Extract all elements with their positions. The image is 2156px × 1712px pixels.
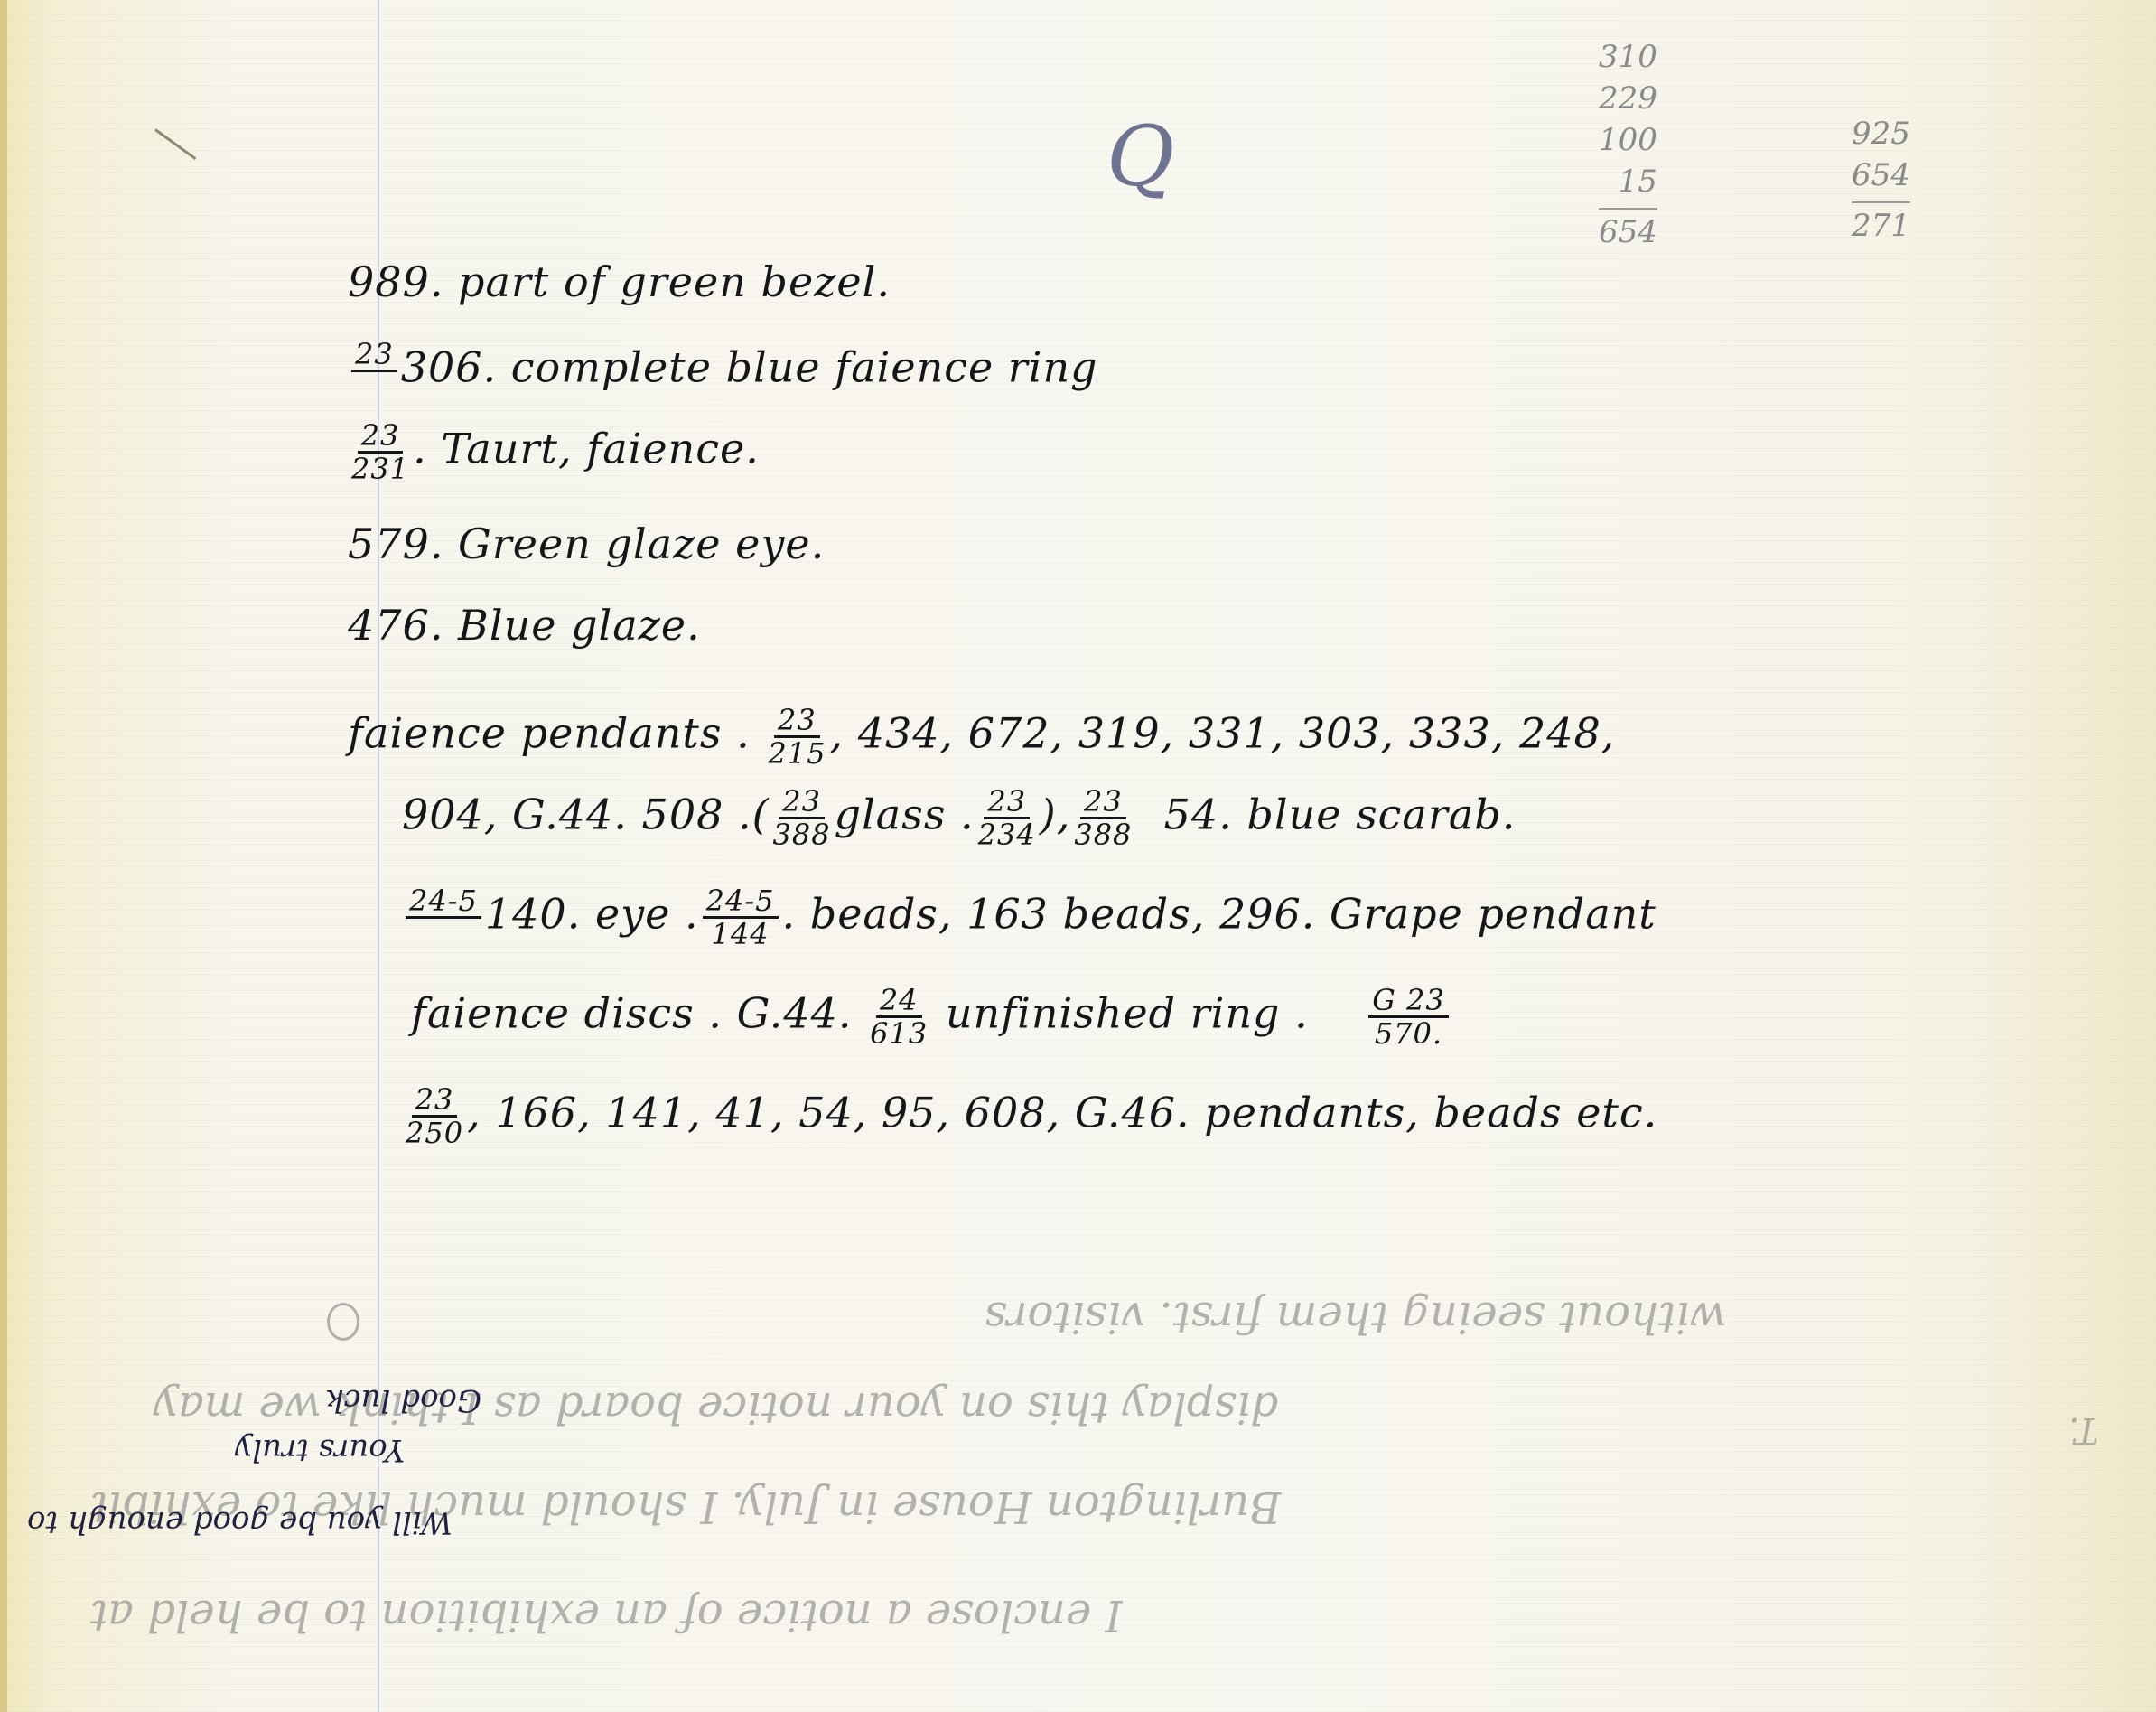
paper-crease — [154, 128, 196, 160]
bleed-through-ink: Will you be good enough to — [27, 1504, 453, 1540]
fraction-bottom — [369, 372, 379, 403]
fraction-top: 23 — [351, 339, 397, 372]
pendants-line-2: 904, G.44. 508 .(23388glass .23234),2338… — [402, 786, 1516, 850]
fraction: G 23570. — [1368, 985, 1448, 1049]
fraction-top: G 23 — [1368, 985, 1448, 1018]
eye-beads-line: 24-5 140. eye .24-5144. beads, 163 beads… — [402, 885, 1657, 950]
fraction-bottom: 250 — [406, 1118, 463, 1148]
final-numbers-line: 23250, 166, 141, 41, 54, 95, 608, G.46. … — [402, 1084, 1657, 1148]
entry-number: 989 — [348, 257, 430, 306]
fraction: 24-5144 — [703, 885, 779, 950]
fraction-top: 24-5 — [703, 885, 779, 919]
scarab-text: 54. blue scarab. — [1164, 791, 1517, 839]
fraction-bottom: 570. — [1375, 1018, 1442, 1049]
entry-text: . Taurt, faience. — [413, 425, 760, 473]
sum-addend: 310 — [1599, 36, 1657, 78]
entry-number: 306 — [401, 343, 483, 392]
fraction-top: 23 — [1080, 786, 1126, 819]
entry-579: 579. Green glaze eye. — [348, 519, 825, 568]
discs-text: faience discs . G.44. — [411, 989, 853, 1038]
fraction-bottom: 144 — [712, 919, 770, 950]
bleed-through-circle — [327, 1303, 359, 1341]
unfinished-ring-text: unfinished ring . — [946, 989, 1309, 1038]
fraction-bottom: 231 — [351, 454, 409, 484]
entry-number: 579 — [348, 519, 430, 568]
bleed-through-line: I enclose a notice of an exhibition to b… — [90, 1590, 1122, 1641]
pencil-sum-left: 310 229 100 15 654 — [1599, 36, 1657, 253]
fraction-bottom: 613 — [870, 1018, 928, 1049]
pendant-numbers: 904, G.44. 508 .( — [402, 791, 770, 839]
faience-discs-line: faience discs . G.44. 24613 unfinished r… — [411, 985, 1452, 1049]
entry-text: . Blue glaze. — [430, 601, 701, 650]
fraction: 23388 — [1074, 786, 1132, 850]
fraction-top: 23 — [412, 1084, 458, 1118]
pencil-sum-right: 925 654 271 — [1852, 113, 1910, 247]
pendant-numbers: , 434, 672, 319, 331, 303, 333, 248, — [829, 709, 1615, 758]
entry-476: 476. Blue glaze. — [348, 601, 701, 650]
entry-231: 23231. Taurt, faience. — [348, 420, 760, 484]
manuscript-page: Q 310 229 100 15 654 925 654 271 989. pa… — [0, 0, 2156, 1712]
fraction: 23388 — [773, 786, 831, 850]
sum-rule — [1599, 208, 1657, 210]
sum-rule — [1852, 201, 1910, 203]
entry-306: 23 306. complete blue faience ring — [348, 339, 1098, 403]
entry-text: . Green glaze eye. — [430, 519, 825, 568]
fraction-top: 23 — [774, 705, 820, 738]
entry-number: 476 — [348, 601, 430, 650]
eye-text: . eye . — [567, 890, 699, 939]
sum-addend: 925 — [1852, 113, 1910, 154]
sum-addend: 229 — [1599, 78, 1657, 119]
fraction-top: 23 — [358, 420, 404, 454]
fraction-bottom: 215 — [768, 738, 826, 769]
fraction: 23234 — [978, 786, 1036, 850]
sum-addend: 15 — [1599, 161, 1657, 202]
sum-total: 654 — [1599, 211, 1657, 253]
entry-number: 140 — [485, 890, 567, 939]
fraction-bottom: 388 — [773, 819, 831, 850]
glass-label: glass . — [835, 791, 975, 839]
fraction: 24-5 — [406, 885, 481, 950]
fraction: 23215 — [768, 705, 826, 769]
bleed-through-mark: T. — [2068, 1409, 2099, 1451]
fraction: 24613 — [870, 985, 928, 1049]
sum-addend: 654 — [1852, 154, 1910, 196]
final-numbers-text: , 166, 141, 41, 54, 95, 608, G.46. penda… — [467, 1089, 1657, 1137]
paper-edge — [0, 0, 7, 1712]
bleed-through-line: display this on your notice board as I t… — [154, 1382, 1278, 1433]
fraction-bottom: 234 — [978, 819, 1036, 850]
sum-addend: 100 — [1599, 119, 1657, 161]
fraction-bottom — [438, 919, 448, 950]
fraction: 23 — [351, 339, 397, 403]
fraction-top: 24 — [876, 985, 922, 1018]
bleed-through-ink: Good luck — [325, 1382, 481, 1418]
entry-989: 989. part of green bezel. — [348, 257, 891, 306]
beads-text: . beads, 163 beads, 296. Grape pendant — [782, 890, 1657, 939]
bleed-through-line: without seeing them first. visitors — [985, 1292, 1727, 1342]
bleed-through-ink: Yours truly — [235, 1432, 405, 1468]
entry-text: . complete blue faience ring — [483, 343, 1098, 392]
pendants-label: faience pendants . — [348, 709, 751, 758]
pendants-line-1: faience pendants . 23215, 434, 672, 319,… — [348, 705, 1615, 769]
fraction: 23250 — [406, 1084, 463, 1148]
fraction-bottom: 388 — [1074, 819, 1132, 850]
sum-total: 271 — [1852, 205, 1910, 247]
fraction: 23231 — [351, 420, 409, 484]
header-mark: Q — [1106, 108, 1174, 205]
bracket-close: ), — [1040, 791, 1071, 839]
fraction-top: 23 — [779, 786, 825, 819]
entry-text: . part of green bezel. — [430, 257, 891, 306]
fraction-top: 24-5 — [406, 885, 481, 919]
fraction-top: 23 — [984, 786, 1030, 819]
